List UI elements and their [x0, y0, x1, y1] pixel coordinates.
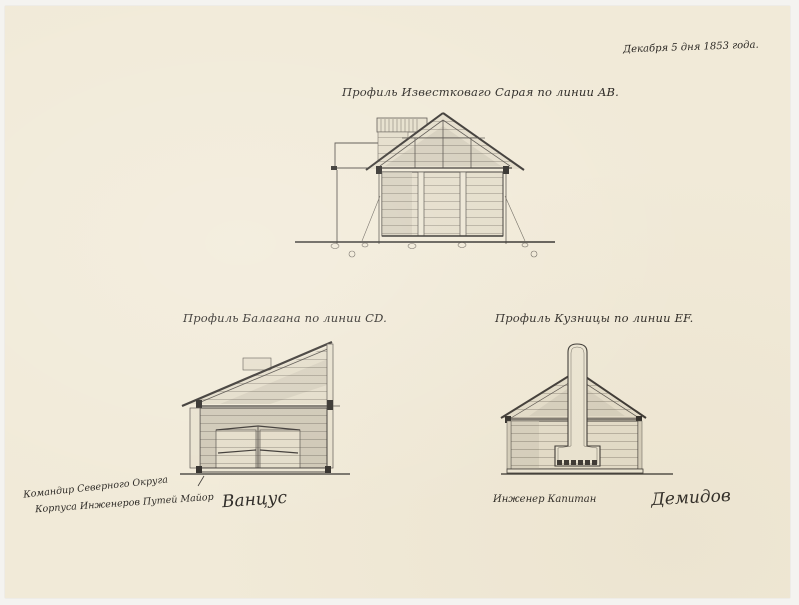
- date-note: Декабря 5 дня 1853 года.: [623, 40, 759, 56]
- paper-sheet: Декабря 5 дня 1853 года. Профиль Известк…: [5, 6, 790, 598]
- lime-shed-profile-drawing: [290, 106, 560, 266]
- signature-left-name: Ванцус: [221, 488, 287, 512]
- drawing-title-cd: Профиль Балагана по линии CD.: [183, 311, 387, 325]
- drawing-title-ab: Профиль Известковаго Сарая по линии AB.: [342, 85, 619, 99]
- signature-right-line1: Инженер Капитан: [493, 494, 596, 505]
- signature-right-name: Демидов: [651, 486, 732, 510]
- smithy-profile-drawing: [501, 338, 676, 478]
- drawing-title-ef: Профиль Кузницы по линии EF.: [495, 311, 693, 325]
- balagan-profile-drawing: [180, 336, 380, 481]
